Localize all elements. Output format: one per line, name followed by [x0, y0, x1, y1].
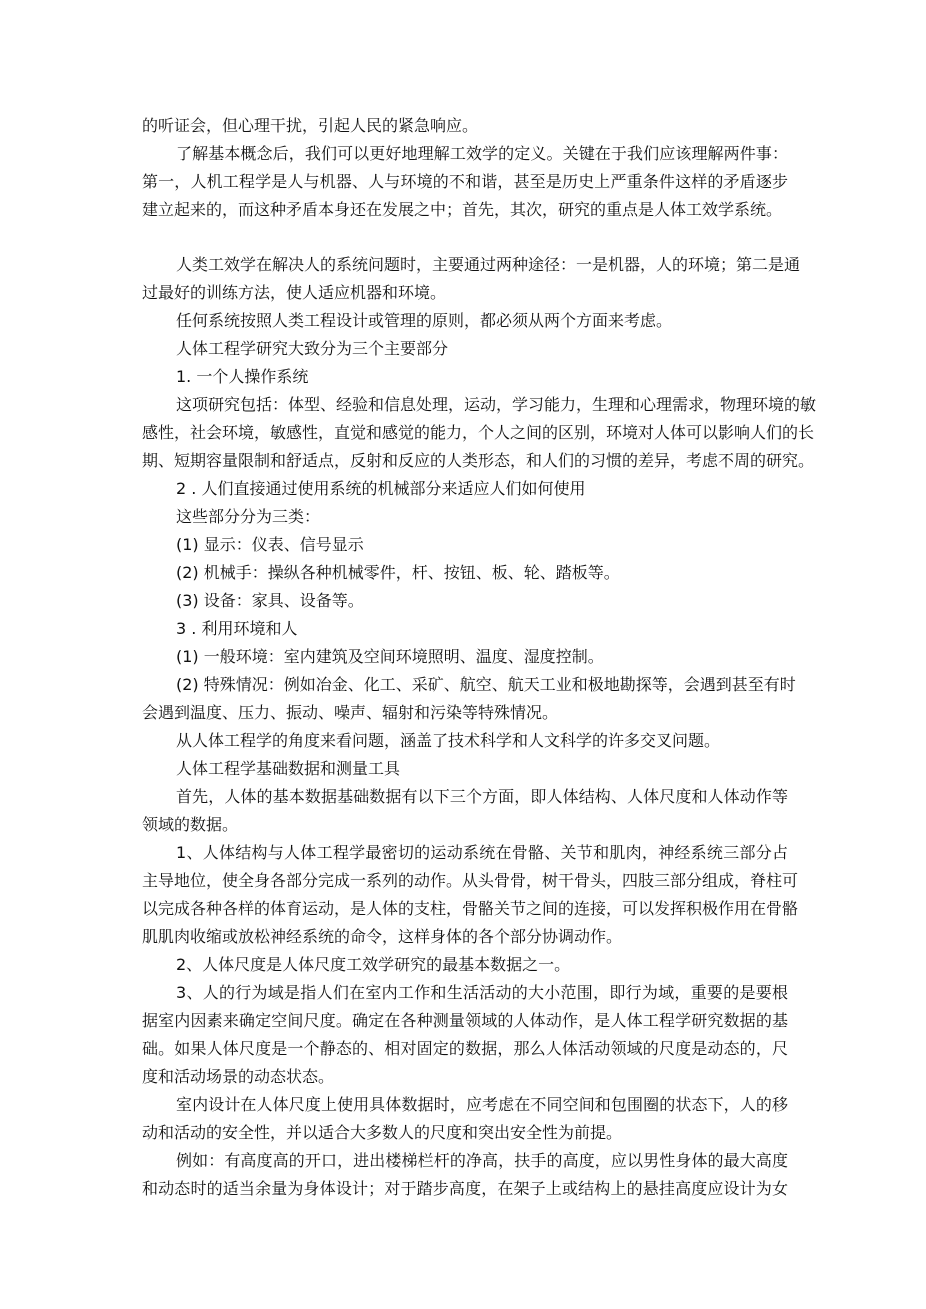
paragraph: 室内设计在人体尺度上使用具体数据时，应考虑在不同空间和包围圈的状态下，人的移动和…: [142, 1091, 788, 1147]
text-line: 3、人的行为域是指人们在室内工作和生活活动的大小范围，即行为域，重要的是要根: [142, 979, 788, 1007]
text-line: 2、人体尺度是人体尺度工效学研究的最基本数据之一。: [142, 951, 788, 979]
paragraph: 这些部分分为三类：: [142, 503, 788, 531]
paragraph: 人体工程学研究大致分为三个主要部分: [142, 335, 788, 363]
paragraph: (1) 显示：仪表、信号显示: [142, 531, 788, 559]
text-line: 人体工程学基础数据和测量工具: [142, 755, 788, 783]
text-line: 础。如果人体尺度是一个静态的、相对固定的数据，那么人体活动领域的尺度是动态的，尺: [142, 1035, 788, 1063]
paragraph: 从人体工程学的角度来看问题，涵盖了技术科学和人文科学的许多交叉问题。: [142, 727, 788, 755]
paragraph: 人类工效学在解决人的系统问题时，主要通过两种途径：一是机器，人的环境；第二是通过…: [142, 251, 788, 307]
paragraph: (2) 特殊情况：例如冶金、化工、采矿、航空、航天工业和极地勘探等，会遇到甚至有…: [142, 671, 788, 727]
text-line: 据室内因素来确定空间尺度。确定在各种测量领域的人体动作，是人体工程学研究数据的基: [142, 1007, 788, 1035]
text-line: 3 . 利用环境和人: [142, 615, 788, 643]
paragraph: 1、人体结构与人体工程学最密切的运动系统在骨骼、关节和肌肉，神经系统三部分占主导…: [142, 839, 788, 951]
text-line: 人体工程学研究大致分为三个主要部分: [142, 335, 788, 363]
text-line: 人类工效学在解决人的系统问题时，主要通过两种途径：一是机器，人的环境；第二是通: [142, 251, 788, 279]
paragraph: (2) 机械手：操纵各种机械零件，杆、按钮、板、轮、踏板等。: [142, 559, 788, 587]
paragraph: 人体工程学基础数据和测量工具: [142, 755, 788, 783]
text-line: 1. 一个人操作系统: [142, 363, 788, 391]
text-line: 了解基本概念后，我们可以更好地理解工效学的定义。关键在于我们应该理解两件事：: [142, 140, 788, 168]
paragraph: 3 . 利用环境和人: [142, 615, 788, 643]
paragraph: (3) 设备：家具、设备等。: [142, 587, 788, 615]
text-line: (1) 一般环境：室内建筑及空间环境照明、温度、湿度控制。: [142, 643, 788, 671]
text-line: (1) 显示：仪表、信号显示: [142, 531, 788, 559]
text-line: 这项研究包括：体型、经验和信息处理，运动，学习能力，生理和心理需求，物理环境的敏: [142, 391, 788, 419]
text-line: 期、短期容量限制和舒适点，反射和反应的人类形态，和人们的习惯的差异，考虑不周的研…: [142, 447, 788, 475]
paragraph: 2 . 人们直接通过使用系统的机械部分来适应人们如何使用: [142, 475, 788, 503]
text-line: 例如：有高度高的开口，进出楼梯栏杆的净高，扶手的高度，应以男性身体的最大高度: [142, 1147, 788, 1175]
text-line: 过最好的训练方法，使人适应机器和环境。: [142, 279, 788, 307]
text-line: 度和活动场景的动态状态。: [142, 1063, 788, 1091]
text-line: 动和活动的安全性，并以适合大多数人的尺度和突出安全性为前提。: [142, 1119, 788, 1147]
text-line: 肌肌肉收缩或放松神经系统的命令，这样身体的各个部分协调动作。: [142, 923, 788, 951]
document-page: 的听证会，但心理干扰，引起人民的紧急响应。了解基本概念后，我们可以更好地理解工效…: [142, 112, 788, 1203]
text-line: 任何系统按照人类工程设计或管理的原则，都必须从两个方面来考虑。: [142, 307, 788, 335]
text-line: 会遇到温度、压力、振动、噪声、辐射和污染等特殊情况。: [142, 699, 788, 727]
text-line: 领域的数据。: [142, 811, 788, 839]
paragraph: 的听证会，但心理干扰，引起人民的紧急响应。: [142, 112, 788, 140]
paragraph: 任何系统按照人类工程设计或管理的原则，都必须从两个方面来考虑。: [142, 307, 788, 335]
text-line: 以完成各种各样的体育运动，是人体的支柱，骨骼关节之间的连接，可以发挥积极作用在骨…: [142, 895, 788, 923]
text-line: (2) 特殊情况：例如冶金、化工、采矿、航空、航天工业和极地勘探等，会遇到甚至有…: [142, 671, 788, 699]
paragraph: 2、人体尺度是人体尺度工效学研究的最基本数据之一。: [142, 951, 788, 979]
text-line: 1、人体结构与人体工程学最密切的运动系统在骨骼、关节和肌肉，神经系统三部分占: [142, 839, 788, 867]
text-line: 室内设计在人体尺度上使用具体数据时，应考虑在不同空间和包围圈的状态下，人的移: [142, 1091, 788, 1119]
text-line: 这些部分分为三类：: [142, 503, 788, 531]
paragraph: 首先，人体的基本数据基础数据有以下三个方面，即人体结构、人体尺度和人体动作等领域…: [142, 783, 788, 839]
paragraph: 例如：有高度高的开口，进出楼梯栏杆的净高，扶手的高度，应以男性身体的最大高度和动…: [142, 1147, 788, 1203]
text-line: (2) 机械手：操纵各种机械零件，杆、按钮、板、轮、踏板等。: [142, 559, 788, 587]
text-line: 建立起来的，而这种矛盾本身还在发展之中；首先，其次，研究的重点是人体工效学系统。: [142, 196, 788, 224]
text-line: 主导地位，使全身各部分完成一系列的动作。从头骨骨，树干骨头，四肢三部分组成，脊柱…: [142, 867, 788, 895]
paragraph-spacer: [142, 224, 788, 251]
text-line: 首先，人体的基本数据基础数据有以下三个方面，即人体结构、人体尺度和人体动作等: [142, 783, 788, 811]
text-line: 感性，社会环境，敏感性，直觉和感觉的能力，个人之间的区别，环境对人体可以影响人们…: [142, 419, 788, 447]
text-line: 和动态时的适当余量为身体设计；对于踏步高度，在架子上或结构上的悬挂高度应设计为女: [142, 1175, 788, 1203]
text-line: (3) 设备：家具、设备等。: [142, 587, 788, 615]
text-line: 的听证会，但心理干扰，引起人民的紧急响应。: [142, 112, 788, 140]
paragraph: 3、人的行为域是指人们在室内工作和生活活动的大小范围，即行为域，重要的是要根据室…: [142, 979, 788, 1091]
paragraph: 了解基本概念后，我们可以更好地理解工效学的定义。关键在于我们应该理解两件事：第一…: [142, 140, 788, 224]
paragraph: 这项研究包括：体型、经验和信息处理，运动，学习能力，生理和心理需求，物理环境的敏…: [142, 391, 788, 475]
text-line: 2 . 人们直接通过使用系统的机械部分来适应人们如何使用: [142, 475, 788, 503]
text-line: 第一，人机工程学是人与机器、人与环境的不和谐，甚至是历史上严重条件这样的矛盾逐步: [142, 168, 788, 196]
paragraph: (1) 一般环境：室内建筑及空间环境照明、温度、湿度控制。: [142, 643, 788, 671]
paragraph: 1. 一个人操作系统: [142, 363, 788, 391]
text-line: 从人体工程学的角度来看问题，涵盖了技术科学和人文科学的许多交叉问题。: [142, 727, 788, 755]
